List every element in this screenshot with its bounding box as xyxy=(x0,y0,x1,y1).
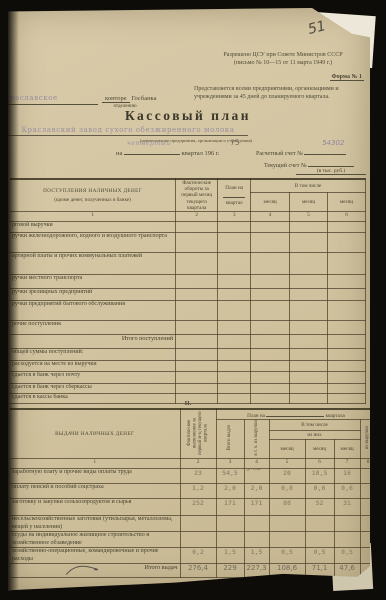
receipts-title: ПОСТУПЛЕНИЯ НАЛИЧНЫХ ДЕНЕГ xyxy=(12,188,173,194)
cell xyxy=(290,222,328,233)
value-cell: 23 xyxy=(180,469,216,484)
cell: 5 xyxy=(269,459,305,469)
value-cell: 88 xyxy=(269,499,305,516)
organization-stamp: Краславский завод сухого обезжиренного м… xyxy=(8,126,248,136)
row-label: оплату пенсий и пособий соцстраха xyxy=(10,484,180,499)
cell xyxy=(328,253,366,275)
page-content: 51 Разрешено ЦСУ при Совете Министров СС… xyxy=(8,8,370,592)
cell xyxy=(218,301,251,321)
value-cell: 1,5 xyxy=(244,548,269,564)
cell xyxy=(290,321,328,335)
cell xyxy=(176,222,218,233)
value-cell: 16 xyxy=(334,469,360,484)
region-stamp: раславское xyxy=(10,94,58,102)
cell xyxy=(176,321,218,335)
table-row: ссуды на индивидуальное жилищное строите… xyxy=(10,532,370,548)
receipts-table-wrap: ПОСТУПЛЕНИЯ НАЛИЧНЫХ ДЕНЕГ (кроме денег,… xyxy=(10,178,366,404)
cell xyxy=(290,349,328,361)
value-cell xyxy=(360,484,370,499)
plan-suffix: квартала xyxy=(326,413,345,419)
value-cell: 31 xyxy=(334,499,360,516)
cell xyxy=(218,289,251,301)
quarter-stamp: четвертый xyxy=(127,140,171,147)
units-note: (в тыс. руб.) xyxy=(296,168,366,175)
plan-column-header: План на квартал xyxy=(218,179,251,212)
cell xyxy=(176,335,218,349)
cell xyxy=(218,253,251,275)
total-payouts-header: Всего выдач xyxy=(216,420,244,459)
value-cell xyxy=(334,516,360,532)
cell: 3 xyxy=(216,459,244,469)
total-value: 227,3 xyxy=(244,564,269,578)
cell xyxy=(176,372,218,384)
value-cell xyxy=(216,532,244,548)
cell xyxy=(290,275,328,289)
document-title: Кассовый план xyxy=(48,108,328,124)
cell xyxy=(176,301,218,321)
cell xyxy=(328,301,366,321)
cell xyxy=(290,372,328,384)
value-cell: 0,2 xyxy=(180,548,216,564)
cell: 2 xyxy=(180,459,216,469)
month-header: месяц xyxy=(290,192,328,212)
quarter-line: на четвертый квартал 196 г. xyxy=(116,147,219,157)
table-row: ручки местного транспорта xyxy=(10,275,366,289)
cell xyxy=(328,222,366,233)
row-label: заработную плату и прочие виды оплаты тр… xyxy=(10,469,180,484)
row-label: ручки предприятий бытового обслуживания xyxy=(10,301,176,321)
permission-line2: (письмо № 10—15 от 11 марта 1949 г.) xyxy=(194,60,370,68)
submission-note: Представляется всеми предприятиями, орга… xyxy=(194,86,370,102)
table-row: оплату пенсий и пособий соцстраха 1,2 2,… xyxy=(10,484,370,499)
table-row: рочие поступления xyxy=(10,321,366,335)
value-cell xyxy=(244,516,269,532)
row-label: сдается в банк через почту xyxy=(10,372,176,384)
plan-suffix: квартал xyxy=(220,200,248,206)
column-numbers-row: 1 2 3 4 5 6 xyxy=(10,212,366,222)
total-payouts-text: Всего выдач xyxy=(227,425,233,450)
cell xyxy=(328,233,366,253)
cell: 1 xyxy=(10,459,180,469)
row-label: несельскохозяйственные заготовки (утильс… xyxy=(10,516,180,532)
cell xyxy=(251,289,290,301)
row-label: заготовку и закупки сельхозпродуктов и с… xyxy=(10,499,180,516)
cell xyxy=(176,253,218,275)
total-value: 229 xyxy=(216,564,244,578)
fact-column-header: Фактическое выполнение за первый м-ц тек… xyxy=(180,409,216,459)
cell xyxy=(251,335,290,349)
cell xyxy=(328,361,366,372)
handwritten-year: 75 xyxy=(230,138,240,147)
table-row: рговой выручки xyxy=(10,222,366,233)
cell: 4 xyxy=(251,212,290,222)
including-header: В том числе xyxy=(269,420,360,431)
row-label: артирной платы и прочих коммунальных пла… xyxy=(10,253,176,275)
row-label: ручки железнодорожного, водного и воздуш… xyxy=(10,233,176,253)
cell xyxy=(328,384,366,394)
value-cell xyxy=(244,532,269,548)
row-label: ссуды на индивидуальное жилищное строите… xyxy=(10,532,180,548)
permission-note: Разрешено ЦСУ при Совете Министров СССР … xyxy=(194,52,370,68)
table-row: сдается в банк через сберкассы xyxy=(10,384,366,394)
value-cell: 54,5 xyxy=(216,469,244,484)
cell xyxy=(218,361,251,372)
last-column-text: из выручки xyxy=(365,426,370,449)
month-header: месяц xyxy=(305,440,334,459)
receipts-subtitle: (кроме денег, полученных в банке) xyxy=(12,197,173,203)
value-cell xyxy=(360,499,370,516)
form-number-text: Форма № 1 xyxy=(330,74,364,81)
value-cell: 20 xyxy=(269,469,305,484)
cell xyxy=(176,384,218,394)
plan-blank xyxy=(266,410,324,417)
of-them-header: из них xyxy=(269,430,360,439)
value-cell xyxy=(305,532,334,548)
row-label: рговой выручки xyxy=(10,222,176,233)
cell xyxy=(251,361,290,372)
cell xyxy=(251,222,290,233)
cell xyxy=(290,335,328,349)
cell xyxy=(176,233,218,253)
row-label: рочие поступления xyxy=(10,321,176,335)
quarter-prefix: на xyxy=(116,150,122,157)
value-cell: 0,6 xyxy=(334,484,360,499)
value-cell: 54,5 xyxy=(244,469,269,484)
scan-background: 51 Разрешено ЦСУ при Совете Министров СС… xyxy=(0,0,386,600)
cell xyxy=(176,275,218,289)
month-header: месяц xyxy=(334,440,360,459)
value-cell xyxy=(360,516,370,532)
value-cell: 18,5 xyxy=(305,469,334,484)
value-cell xyxy=(269,532,305,548)
value-cell: 171 xyxy=(244,499,269,516)
row-label: ручки зрелищных предприятий xyxy=(10,289,176,301)
cell: 3 xyxy=(218,212,251,222)
row-label: сдается в банк через сберкассы xyxy=(10,384,176,394)
cell xyxy=(251,253,290,275)
handwritten-page-number: 51 xyxy=(307,18,328,38)
value-cell xyxy=(180,516,216,532)
cell xyxy=(328,349,366,361)
cell xyxy=(328,289,366,301)
cell xyxy=(290,289,328,301)
table-row: ручки зрелищных предприятий xyxy=(10,289,366,301)
cell xyxy=(251,372,290,384)
payouts-title-cell: ВЫДАЧИ НАЛИЧНЫХ ДЕНЕГ xyxy=(10,409,180,459)
payouts-table-wrap: ВЫДАЧИ НАЛИЧНЫХ ДЕНЕГ Фактическое выполн… xyxy=(10,408,370,578)
from-revenue-text: в т. ч. из выручки xyxy=(254,420,260,456)
cell xyxy=(290,301,328,321)
cell xyxy=(290,361,328,372)
form-number: Форма № 1 xyxy=(194,74,364,82)
cell xyxy=(328,321,366,335)
row-label: ручки местного транспорта xyxy=(10,275,176,289)
document-page: 51 Разрешено ЦСУ при Совете Министров СС… xyxy=(8,8,370,592)
quarter-blank: четвертый xyxy=(124,147,180,155)
cell xyxy=(218,233,251,253)
cell xyxy=(251,321,290,335)
value-cell: 252 xyxy=(180,499,216,516)
value-cell xyxy=(360,469,370,484)
value-cell: 0,8 xyxy=(269,484,305,499)
table-row: несельскохозяйственные заготовки (утильс… xyxy=(10,516,370,532)
value-cell xyxy=(180,532,216,548)
pencil-mark xyxy=(63,560,99,582)
cell: 2 xyxy=(176,212,218,222)
cell xyxy=(218,321,251,335)
cell: 4 xyxy=(244,459,269,469)
value-cell: 0,5 xyxy=(269,548,305,564)
permission-line1: Разрешено ЦСУ при Совете Министров СССР xyxy=(194,52,370,60)
value-cell xyxy=(305,516,334,532)
plan-header: План на квартала xyxy=(216,409,370,420)
region-underline xyxy=(8,104,98,105)
receipts-title-cell: ПОСТУПЛЕНИЯ НАЛИЧНЫХ ДЕНЕГ (кроме денег,… xyxy=(10,179,176,212)
table-row: хозяйственно-операционные, командировочн… xyxy=(10,548,370,564)
including-header: В том числе xyxy=(251,179,366,192)
cell xyxy=(218,372,251,384)
last-column-header: из выручки xyxy=(360,420,370,459)
row-label: Итого поступлений xyxy=(10,335,176,349)
cell xyxy=(328,335,366,349)
cell xyxy=(328,372,366,384)
total-value: 71,1 xyxy=(305,564,334,578)
value-cell: 1,2 xyxy=(180,484,216,499)
row-label: общей суммы поступлений: xyxy=(10,349,176,361)
settlement-account-label: Расчетный счет № xyxy=(256,151,303,157)
cell: 6 xyxy=(328,212,366,222)
cell xyxy=(290,384,328,394)
bank-word: Госбанка xyxy=(131,95,156,102)
office-word: конторе xyxy=(102,95,130,103)
value-cell: 0,6 xyxy=(305,484,334,499)
value-cell: 0,5 xyxy=(334,548,360,564)
cell xyxy=(251,233,290,253)
total-value: 108,6 xyxy=(269,564,305,578)
cell xyxy=(176,361,218,372)
settlement-account-blank: 54302 xyxy=(304,147,346,155)
payouts-table: ВЫДАЧИ НАЛИЧНЫХ ДЕНЕГ Фактическое выполн… xyxy=(10,408,370,578)
table-row: ручки железнодорожного, водного и воздуш… xyxy=(10,233,366,253)
cell xyxy=(290,253,328,275)
fact-column-header: Фактические обороты за первый месяц теку… xyxy=(176,179,218,212)
row-label: расходуется на месте из выручки xyxy=(10,361,176,372)
cell xyxy=(176,349,218,361)
table-row: сдается в банк через почту xyxy=(10,372,366,384)
plan-blank xyxy=(223,191,245,198)
cell xyxy=(251,349,290,361)
table-row-total: Итого поступлений xyxy=(10,335,366,349)
bank-office-line: конторе Госбанка xyxy=(102,95,157,102)
cell: 1 xyxy=(10,212,176,222)
total-value: 276,4 xyxy=(180,564,216,578)
value-cell: 1,5 xyxy=(216,548,244,564)
handwritten-value: 54,5 xyxy=(245,469,261,473)
fact-column-text: Фактическое выполнение за первый м-ц тек… xyxy=(187,411,209,455)
plan-prefix: План на xyxy=(247,413,265,419)
month-header: месяц xyxy=(251,192,290,212)
cell: 6 xyxy=(305,459,334,469)
cell xyxy=(218,384,251,394)
cell xyxy=(251,384,290,394)
cell xyxy=(218,349,251,361)
cell: 7 xyxy=(334,459,360,469)
table-row: заработную плату и прочие виды оплаты тр… xyxy=(10,469,370,484)
cell: 5 xyxy=(290,212,328,222)
settlement-account-value: 54302 xyxy=(322,139,344,147)
cell xyxy=(290,233,328,253)
value-cell xyxy=(216,516,244,532)
cell xyxy=(251,275,290,289)
cell xyxy=(328,275,366,289)
value-cell: 2,0 xyxy=(244,484,269,499)
value-cell xyxy=(334,532,360,548)
table-row: общей суммы поступлений: xyxy=(10,349,366,361)
quarter-suffix: квартал 196 г. xyxy=(182,150,220,157)
table-row: артирной платы и прочих коммунальных пла… xyxy=(10,253,366,275)
month-header: месяц xyxy=(269,440,305,459)
table-header-row: ПОСТУПЛЕНИЯ НАЛИЧНЫХ ДЕНЕГ (кроме денег,… xyxy=(10,179,366,192)
value-cell xyxy=(360,532,370,548)
settlement-account-line: Расчетный счет № 54302 xyxy=(256,147,346,157)
value-cell: 2,0 xyxy=(216,484,244,499)
cell xyxy=(176,289,218,301)
column-numbers-row: 1 2 3 4 5 6 7 8 xyxy=(10,459,370,469)
section-marker: II. xyxy=(8,400,368,407)
table-header-row: ВЫДАЧИ НАЛИЧНЫХ ДЕНЕГ Фактическое выполн… xyxy=(10,409,370,420)
table-row: ручки предприятий бытового обслуживания xyxy=(10,301,366,321)
month-header: месяц xyxy=(328,192,366,212)
total-value: 47,6 xyxy=(334,564,360,578)
receipts-table: ПОСТУПЛЕНИЯ НАЛИЧНЫХ ДЕНЕГ (кроме денег,… xyxy=(10,178,366,404)
value-cell xyxy=(269,516,305,532)
cell xyxy=(218,275,251,289)
table-row: заготовку и закупки сельхозпродуктов и с… xyxy=(10,499,370,516)
value-cell xyxy=(360,548,370,564)
cell: 8 xyxy=(360,459,370,469)
value-cell: 52 xyxy=(305,499,334,516)
cell xyxy=(218,222,251,233)
value-cell: 171 xyxy=(216,499,244,516)
cell xyxy=(251,301,290,321)
current-account-blank xyxy=(308,159,354,167)
from-revenue-header: в т. ч. из выручки xyxy=(244,420,269,459)
value-cell: 0,5 xyxy=(305,548,334,564)
cell xyxy=(218,335,251,349)
table-row: расходуется на месте из выручки xyxy=(10,361,366,372)
